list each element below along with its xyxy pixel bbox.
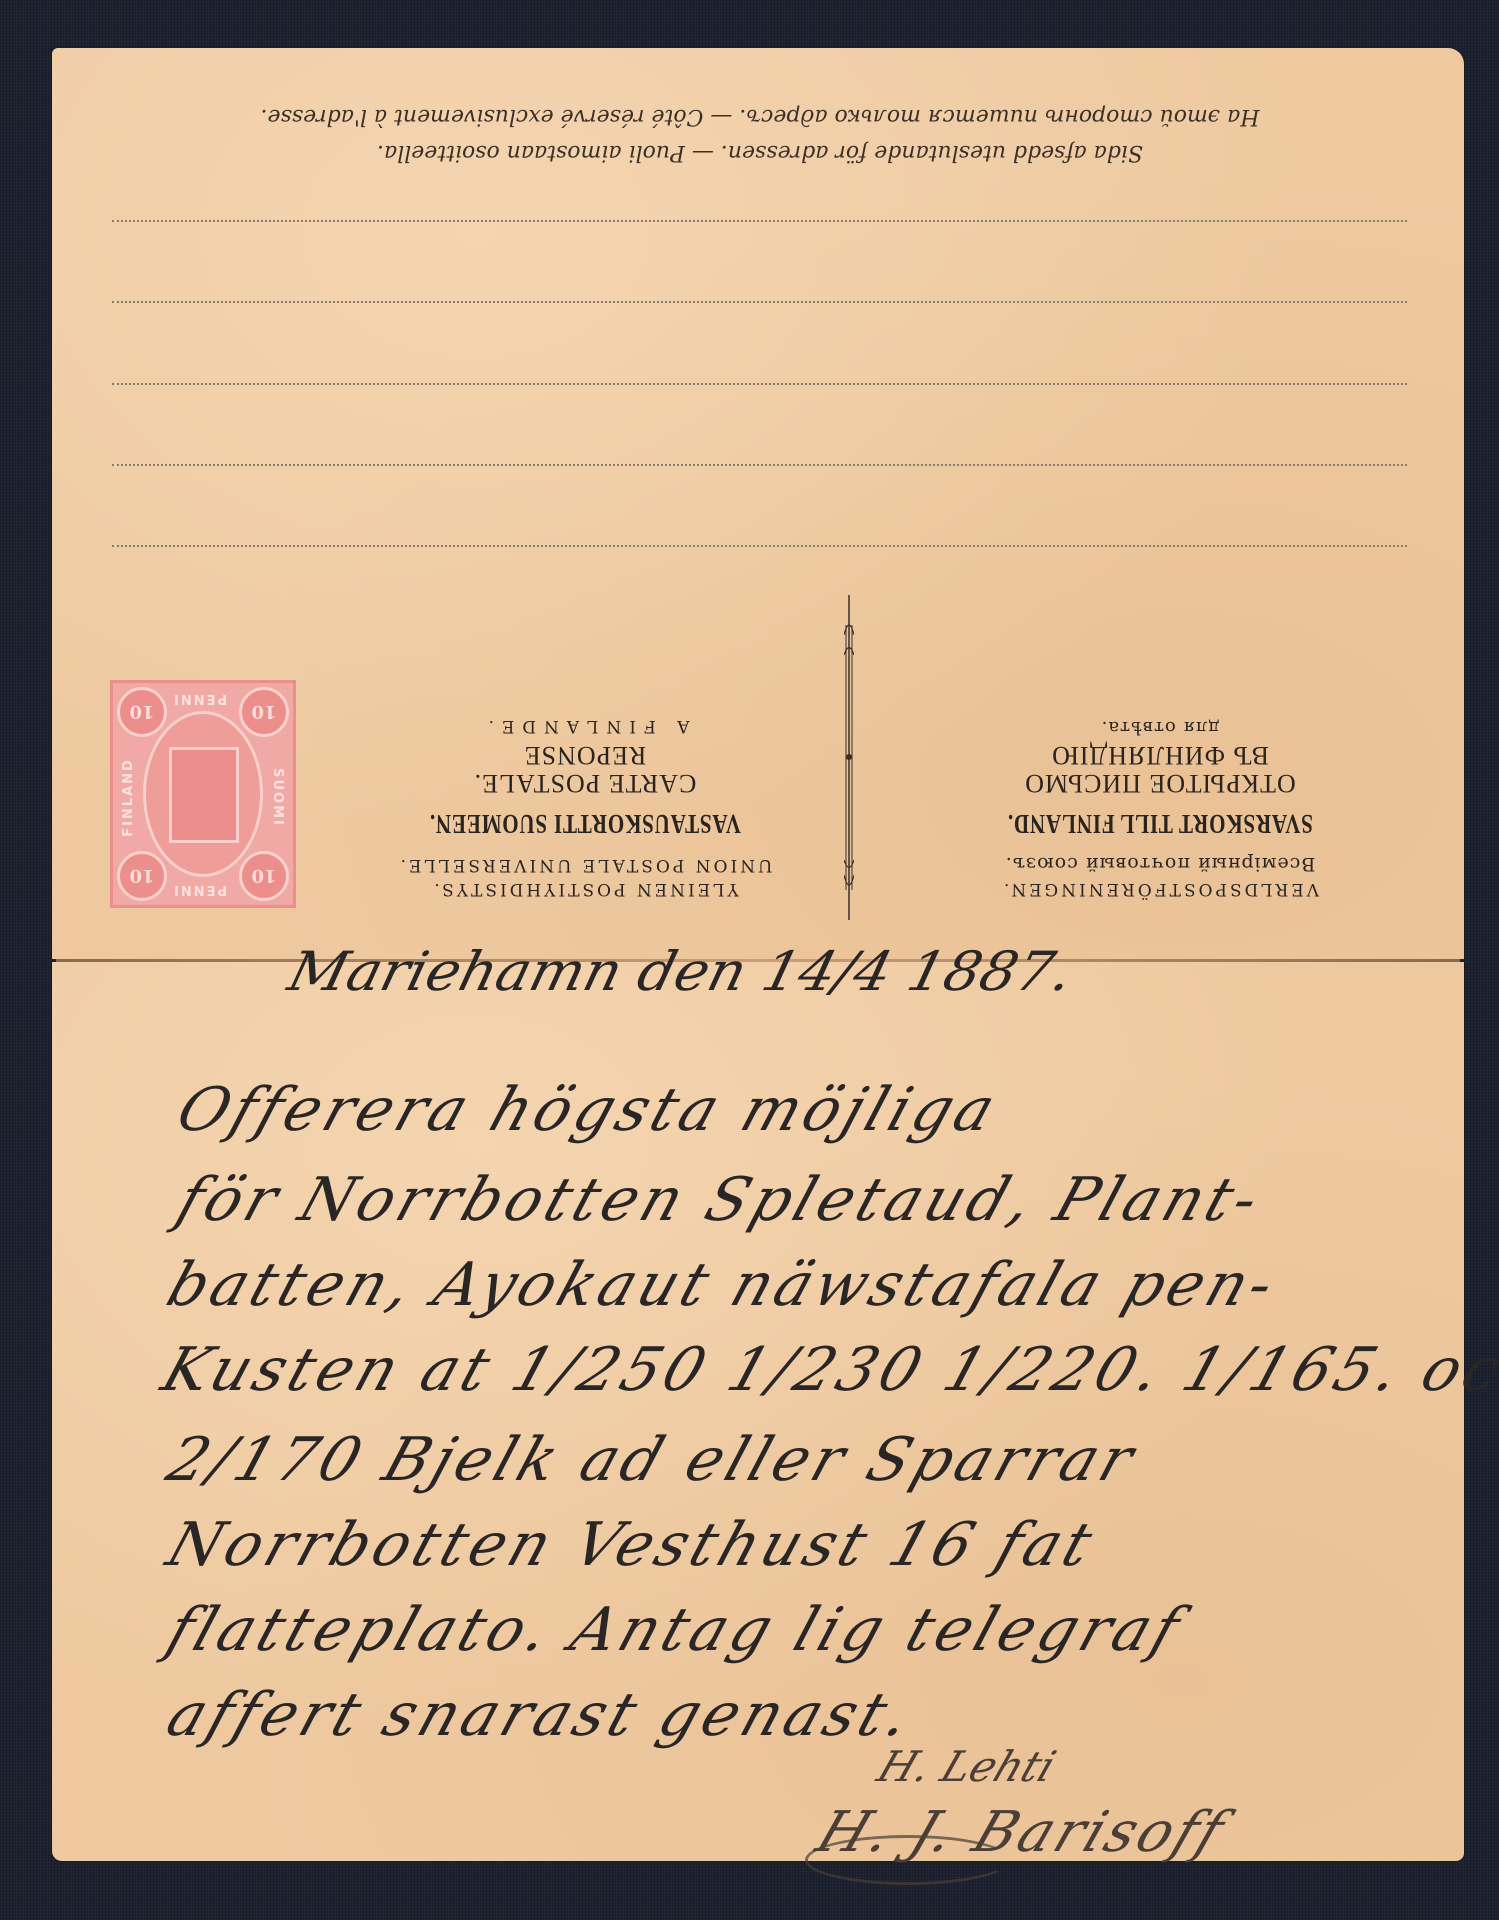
header-left-line-1: YLEINEN POSTIYHDISTYS. <box>345 879 825 899</box>
header-left-line-5: REPONSE <box>345 740 825 770</box>
message-line: batten, Ayokaut näwstafala pen- <box>159 1250 1287 1320</box>
header-right-line-4: ОТКРЫТОЕ ПИСЬМО <box>905 768 1415 798</box>
header-finnish-french: YLEINEN POSTIYHDISTYS. UNION POSTALE UNI… <box>345 605 825 905</box>
message-line: flatteplato. Antag lig telegraf <box>159 1595 1192 1665</box>
address-line <box>112 545 1407 547</box>
notice-line-2: На этой сторонѣ пишется только адресъ. —… <box>130 98 1390 134</box>
address-line <box>112 464 1407 466</box>
stamp-label-left: SUOMI <box>270 768 285 827</box>
header-left-line-4: CARTE POSTALE. <box>345 768 825 798</box>
notice-line-1: Sida afsedd uteslutande för adressen. — … <box>130 134 1390 170</box>
header-left-title: VASTAUSKORTTI SUOMEEN. <box>398 808 772 839</box>
header-swedish-russian: VERLDSPOSTFÖRENINGEN. Всемірный почтовый… <box>905 605 1415 905</box>
stamp-label-bottom: PENNI <box>172 691 227 706</box>
lion-coat-of-arms-icon <box>169 747 239 843</box>
message-line: 2/170 Bjelk ad eller Sparrar <box>159 1425 1146 1495</box>
message-line: för Norrbotten Spletaud, Plant- <box>169 1165 1271 1235</box>
address-line <box>112 220 1407 222</box>
stamp-value: 10 <box>117 687 167 737</box>
stamp-value: 10 <box>117 851 167 901</box>
place-and-date: Mariehamn den 14/4 1887. <box>282 940 1079 1003</box>
header-right-line-6: для отвѣта. <box>905 717 1415 738</box>
signature-line-2: H. J. Barisoff <box>808 1800 1235 1865</box>
address-line <box>112 383 1407 385</box>
stamp-value: 10 <box>239 687 289 737</box>
ornamental-divider <box>844 595 854 920</box>
postage-stamp-10-penni: 10 10 10 10 PENNI PENNI SUOMI FINLAND <box>110 680 296 908</box>
message-line: affert snarast genast. <box>159 1680 923 1750</box>
header-right-title: SVARSKORT TILL FINLAND. <box>961 808 1359 839</box>
header-right-line-1: VERLDSPOSTFÖRENINGEN. <box>905 879 1415 899</box>
header-right-line-2: Всемірный почтовый союзъ. <box>905 853 1415 875</box>
header-left-line-6: A FINLANDE. <box>345 716 825 736</box>
signature-line-1: H. Lehti <box>871 1742 1062 1791</box>
message-line: Offerera högsta möjliga <box>169 1075 1008 1145</box>
message-line: Norrbotten Vesthust 16 fat <box>159 1510 1105 1580</box>
stamp-label-right: FINLAND <box>121 758 136 837</box>
message-line: Kusten at 1/250 1/230 1/220. 1/165. och <box>154 1335 1499 1405</box>
header-right-line-5: ВЪ ФИНЛЯНДІЮ <box>905 740 1415 770</box>
header-left-line-2: UNION POSTALE UNIVERSELLE. <box>345 855 825 875</box>
stamp-value: 10 <box>239 851 289 901</box>
address-line <box>112 301 1407 303</box>
stamp-label-top: PENNI <box>172 882 227 897</box>
address-notice: Sida afsedd uteslutande för adressen. — … <box>130 90 1390 170</box>
